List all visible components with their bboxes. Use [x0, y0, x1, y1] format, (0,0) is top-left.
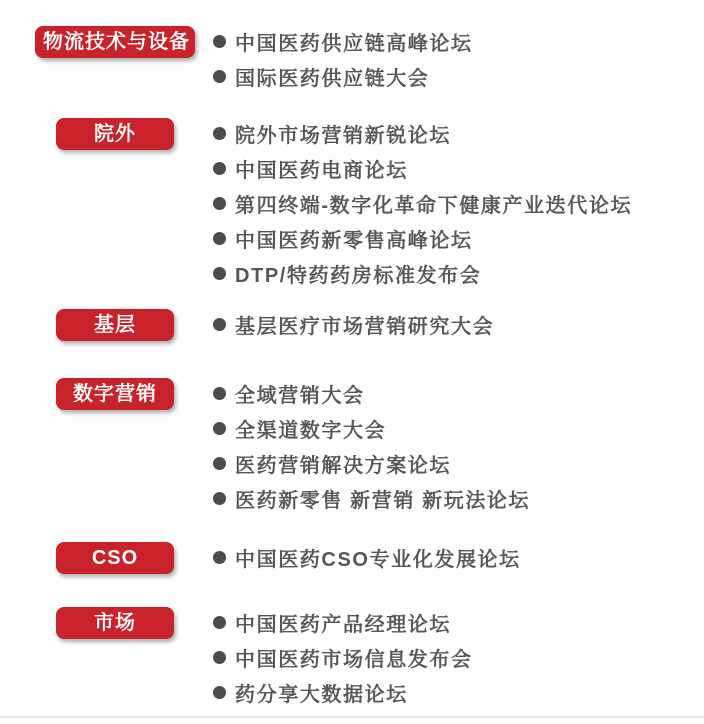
bullet-icon [213, 127, 226, 140]
badge-column: 院外 [35, 116, 195, 150]
list-item: 全域营销大会 [213, 376, 530, 411]
category-badge: 物流技术与设备 [35, 26, 195, 58]
category-section: 市场 中国医药产品经理论坛 中国医药市场信息发布会 药分享大数据论坛 [0, 605, 704, 710]
bottom-divider [0, 716, 704, 718]
list-item: 中国医药新零售高峰论坛 [213, 221, 632, 256]
list-item: 院外市场营销新锐论坛 [213, 116, 632, 151]
list-item: 中国医药CSO专业化发展论坛 [213, 540, 521, 575]
list-item: DTP/特药药房标准发布会 [213, 256, 632, 291]
badge-column: 基层 [35, 307, 195, 341]
item-list: 院外市场营销新锐论坛 中国医药电商论坛 第四终端-数字化革命下健康产业迭代论坛 … [213, 116, 632, 291]
conference-category-list: 物流技术与设备 中国医药供应链高峰论坛 国际医药供应链大会 院外 院外市场营销新… [0, 0, 704, 724]
bullet-icon [213, 232, 226, 245]
list-item: 中国医药市场信息发布会 [213, 640, 473, 675]
list-item: 中国医药电商论坛 [213, 151, 632, 186]
bullet-icon [213, 387, 226, 400]
category-badge: 院外 [56, 118, 174, 150]
list-item-label: 药分享大数据论坛 [235, 678, 408, 707]
badge-column: CSO [35, 540, 195, 574]
list-item: 医药新零售 新营销 新玩法论坛 [213, 481, 530, 516]
category-badge: 市场 [56, 607, 174, 639]
bullet-icon [213, 197, 226, 210]
item-list: 全域营销大会 全渠道数字大会 医药营销解决方案论坛 医药新零售 新营销 新玩法论… [213, 376, 530, 516]
list-item-label: 第四终端-数字化革命下健康产业迭代论坛 [235, 189, 632, 218]
bullet-icon [213, 422, 226, 435]
sections-container: 物流技术与设备 中国医药供应链高峰论坛 国际医药供应链大会 院外 院外市场营销新… [0, 24, 704, 710]
category-section: 物流技术与设备 中国医药供应链高峰论坛 国际医药供应链大会 [0, 24, 704, 94]
list-item-label: 医药营销解决方案论坛 [235, 449, 451, 478]
bullet-icon [213, 318, 226, 331]
list-item: 国际医药供应链大会 [213, 59, 473, 94]
category-badge: CSO [56, 542, 174, 574]
bullet-icon [213, 70, 226, 83]
list-item-label: DTP/特药药房标准发布会 [235, 259, 481, 288]
bullet-icon [213, 267, 226, 280]
list-item-label: 中国医药电商论坛 [235, 154, 408, 183]
bullet-icon [213, 162, 226, 175]
item-list: 中国医药产品经理论坛 中国医药市场信息发布会 药分享大数据论坛 [213, 605, 473, 710]
list-item-label: 院外市场营销新锐论坛 [235, 119, 451, 148]
list-item-label: 基层医疗市场营销研究大会 [235, 310, 494, 339]
badge-column: 物流技术与设备 [35, 24, 195, 58]
bullet-icon [213, 457, 226, 470]
list-item: 中国医药产品经理论坛 [213, 605, 473, 640]
list-item: 第四终端-数字化革命下健康产业迭代论坛 [213, 186, 632, 221]
badge-column: 数字营销 [35, 376, 195, 410]
category-badge: 数字营销 [56, 378, 174, 410]
badge-column: 市场 [35, 605, 195, 639]
list-item: 全渠道数字大会 [213, 411, 530, 446]
bullet-icon [213, 616, 226, 629]
list-item-label: 中国医药供应链高峰论坛 [235, 27, 473, 56]
list-item-label: 国际医药供应链大会 [235, 62, 429, 91]
item-list: 中国医药供应链高峰论坛 国际医药供应链大会 [213, 24, 473, 94]
list-item: 基层医疗市场营销研究大会 [213, 307, 494, 342]
list-item-label: 中国医药新零售高峰论坛 [235, 224, 473, 253]
bullet-icon [213, 651, 226, 664]
list-item: 中国医药供应链高峰论坛 [213, 24, 473, 59]
category-section: 基层 基层医疗市场营销研究大会 [0, 307, 704, 342]
list-item-label: 中国医药市场信息发布会 [235, 643, 473, 672]
item-list: 基层医疗市场营销研究大会 [213, 307, 494, 342]
bullet-icon [213, 35, 226, 48]
category-section: CSO 中国医药CSO专业化发展论坛 [0, 540, 704, 575]
list-item-label: 医药新零售 新营销 新玩法论坛 [235, 484, 530, 513]
bullet-icon [213, 551, 226, 564]
list-item-label: 全域营销大会 [235, 379, 365, 408]
category-section: 数字营销 全域营销大会 全渠道数字大会 医药营销解决方案论坛 医药新零售 新营销… [0, 376, 704, 516]
bullet-icon [213, 686, 226, 699]
list-item: 药分享大数据论坛 [213, 675, 473, 710]
category-section: 院外 院外市场营销新锐论坛 中国医药电商论坛 第四终端-数字化革命下健康产业迭代… [0, 116, 704, 291]
bullet-icon [213, 492, 226, 505]
item-list: 中国医药CSO专业化发展论坛 [213, 540, 521, 575]
list-item-label: 中国医药产品经理论坛 [235, 608, 451, 637]
list-item-label: 全渠道数字大会 [235, 414, 386, 443]
list-item: 医药营销解决方案论坛 [213, 446, 530, 481]
list-item-label: 中国医药CSO专业化发展论坛 [235, 543, 521, 572]
category-badge: 基层 [56, 309, 174, 341]
